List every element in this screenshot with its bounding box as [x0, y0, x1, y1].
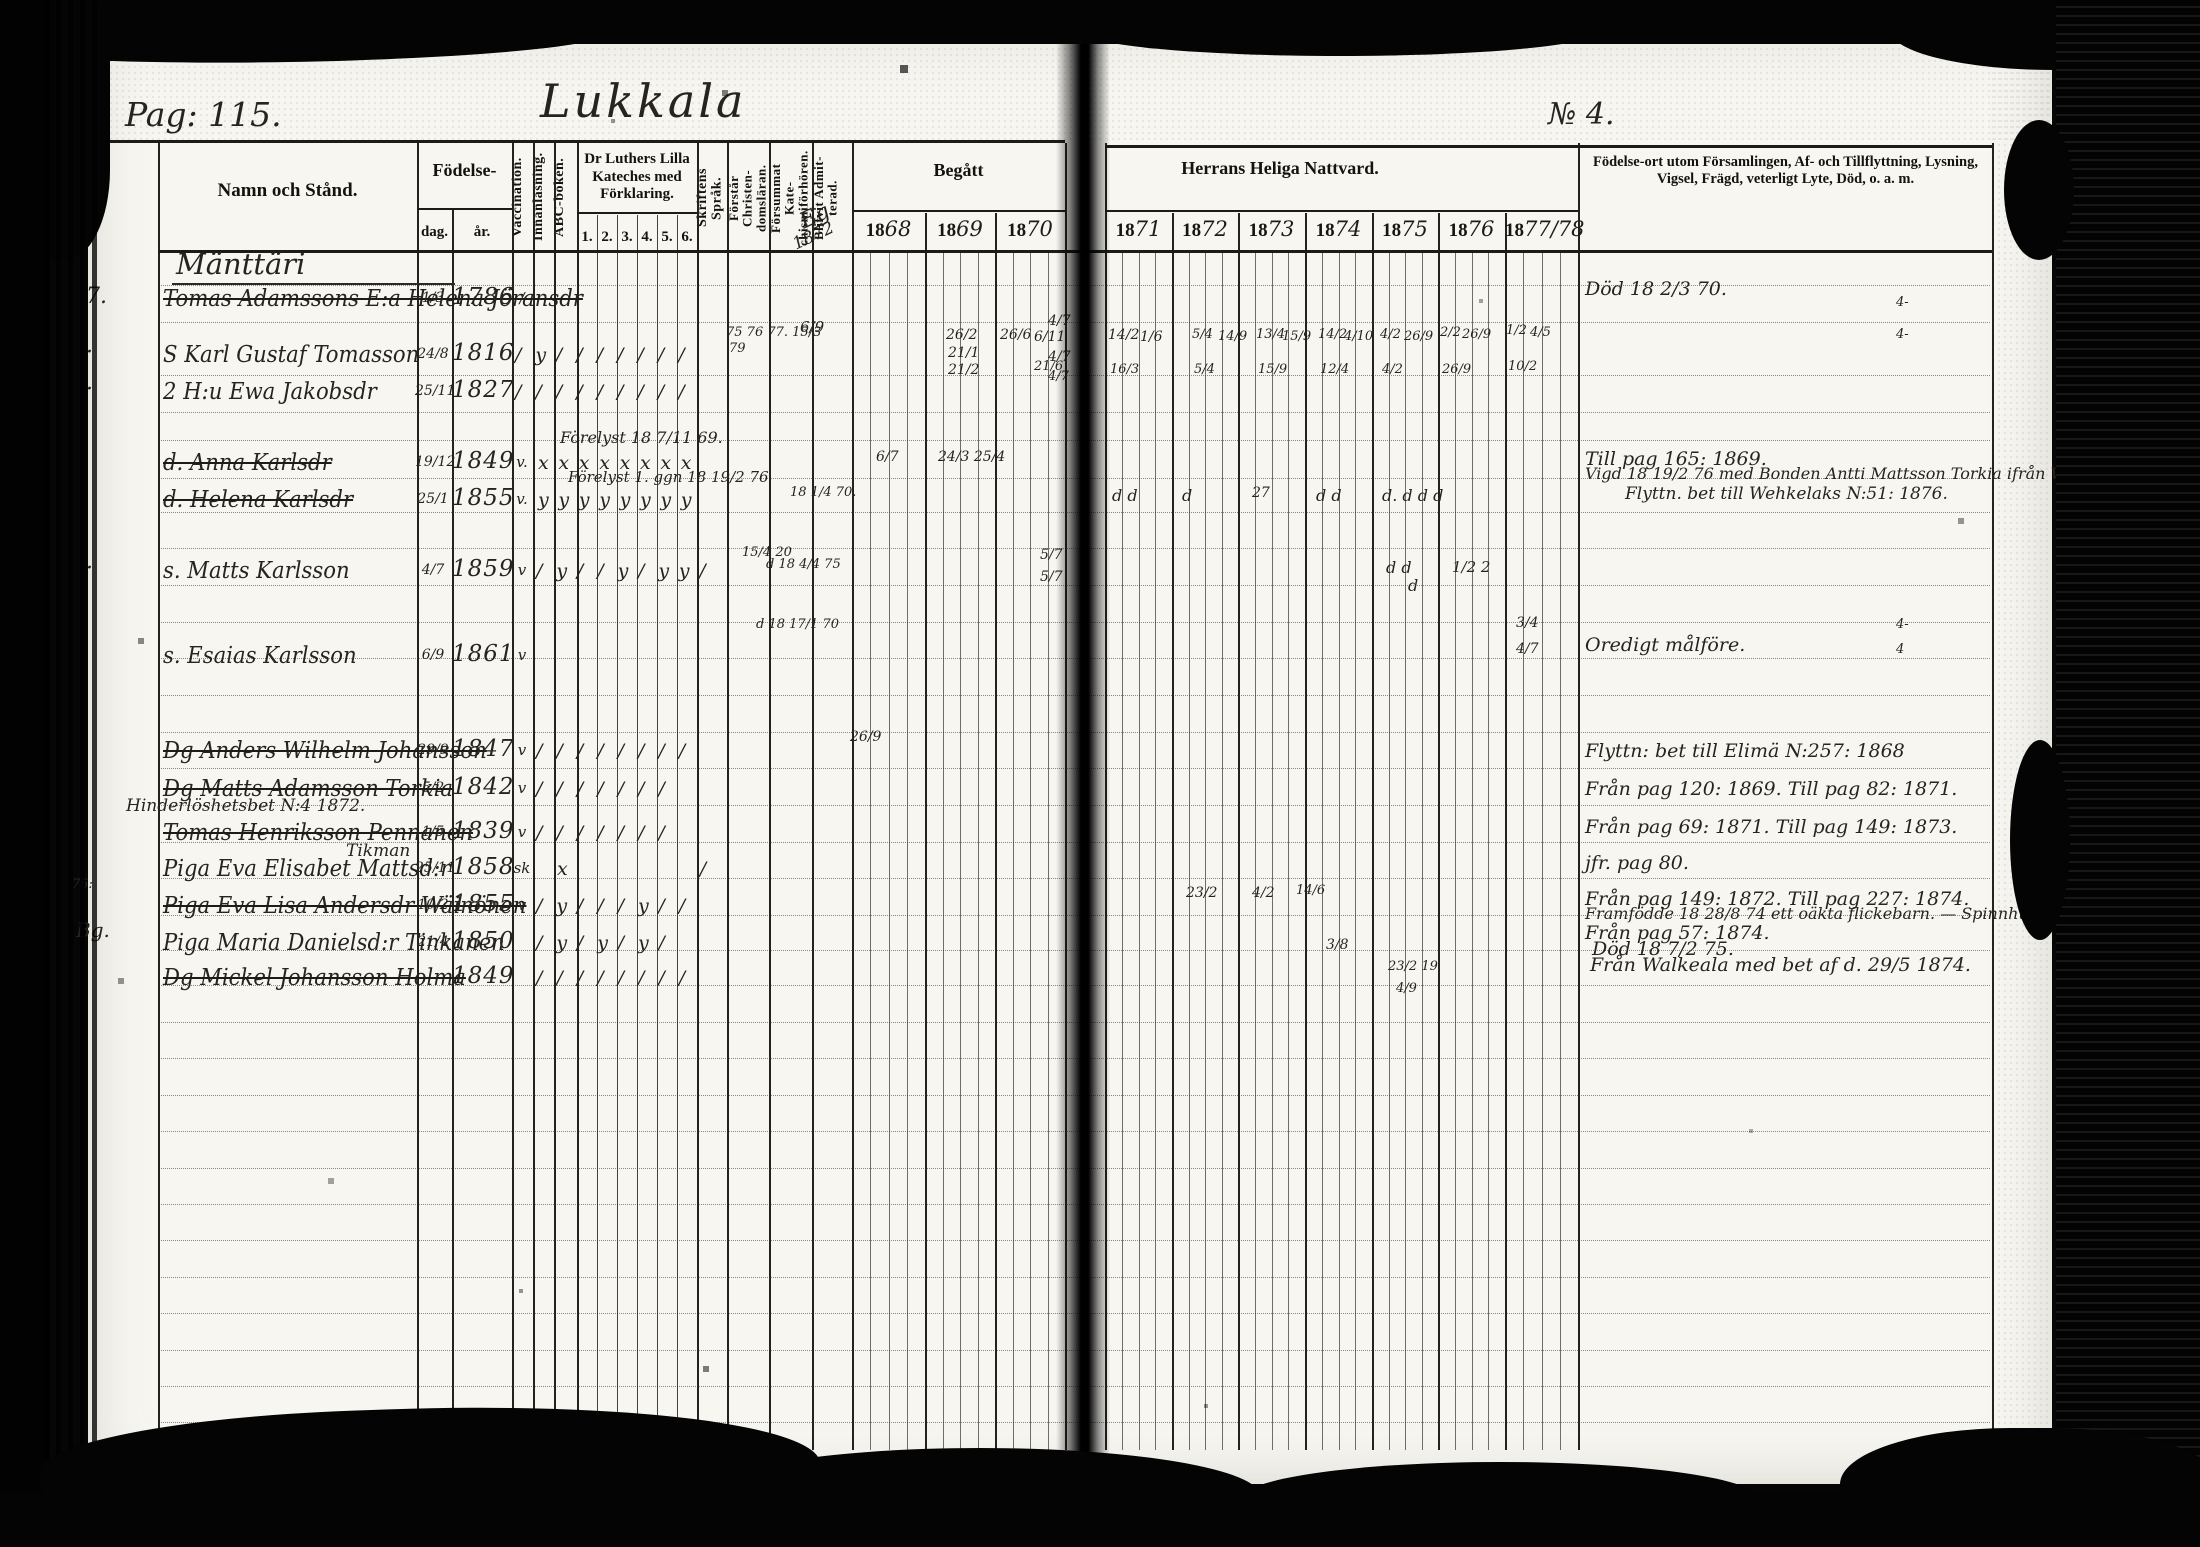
handwritten-mark: 4/5	[1530, 326, 1551, 339]
row-check-mark: y	[620, 491, 631, 510]
grid-vline	[1238, 213, 1240, 1450]
row-birth-year: 1861	[452, 643, 510, 666]
grid-hline	[577, 212, 697, 214]
year-label-print: 18	[1116, 220, 1135, 241]
year-label-print: 18	[937, 220, 956, 241]
row-birth-day: 5/2	[415, 781, 451, 795]
grid-subline	[1155, 252, 1156, 1450]
grid-hline	[1105, 210, 1578, 212]
handwritten-mark: d d	[1386, 560, 1412, 576]
handwritten-mark: Förelyst 1. ggn 18 19/2 76	[568, 470, 769, 485]
handwritten-mark: 4/2	[1252, 886, 1275, 900]
header-abc-book: ABC-boken.	[553, 147, 577, 247]
handwritten-mark: 4/7	[1516, 642, 1539, 656]
handwritten-mark: d 18 17/1 70	[756, 618, 839, 631]
grid-vline	[1992, 143, 1994, 1450]
grid-vline	[925, 213, 927, 1450]
page-number-handwritten: Pag: 115.	[125, 98, 282, 131]
row-check-mark: y	[658, 562, 669, 581]
row-check-mark: /	[577, 934, 583, 953]
handwritten-mark: 3/4	[1516, 616, 1539, 630]
row-check-mark: /	[597, 969, 603, 988]
year-label: 1871	[1105, 217, 1172, 242]
row-birth-year: 1839	[452, 820, 510, 843]
note-entry: Från pag 120: 1869. Till pag 82: 1871.	[1585, 780, 1957, 799]
scan-artifact	[2010, 740, 2070, 940]
row-birth-day: 25/1	[415, 492, 451, 506]
row-check-mark: y	[638, 897, 649, 916]
handwritten-mark: 4-	[1896, 296, 1909, 309]
year-label-print: 18	[1382, 220, 1401, 241]
catechism-part-label: 1.	[577, 229, 597, 246]
row-check-mark: /	[536, 780, 542, 799]
row-check-mark: /	[700, 860, 706, 879]
grid-hline	[852, 210, 1065, 212]
year-label: 1877/78	[1505, 217, 1578, 242]
year-label: 1870	[995, 217, 1065, 242]
row-check-mark: y	[660, 491, 671, 510]
handwritten-mark: 4	[1896, 643, 1904, 656]
row-check-mark: /	[658, 742, 664, 761]
handwritten-mark: d. d d d	[1382, 488, 1443, 504]
row-check-mark: /	[515, 383, 521, 402]
row-check-mark: /	[577, 562, 583, 581]
row-check-mark: /	[597, 562, 603, 581]
handwritten-mark: 4-	[1896, 328, 1909, 341]
row-birth-day: 21/4	[415, 935, 451, 949]
note-entry: Framfödde 18 28/8 74 ett oäkta flickebar…	[1585, 906, 2078, 922]
grid-subline	[1322, 252, 1323, 1450]
grid-subline	[1339, 252, 1340, 1450]
handwritten-mark: d	[1408, 578, 1418, 594]
scan-artifact-blotch	[1840, 1428, 2200, 1547]
grid-subline	[1205, 252, 1206, 1450]
row-vaccination-mark: v.	[511, 455, 533, 470]
row-check-mark: /	[556, 346, 562, 365]
catechism-part-label: 6.	[677, 229, 697, 246]
row-birth-year: 1850	[452, 930, 510, 953]
grid-subline	[907, 252, 908, 1450]
grid-vline	[1505, 213, 1507, 1450]
year-label-script: 73	[1268, 217, 1295, 241]
year-label: 1868	[852, 217, 925, 242]
grid-vline	[1172, 213, 1174, 1450]
grid-vline	[533, 143, 535, 1450]
row-vaccination-mark: v	[511, 825, 533, 840]
header-birth: Födelse-	[417, 160, 512, 181]
row-check-mark: /	[658, 969, 664, 988]
year-label: 1869	[925, 217, 995, 242]
grid-subline	[889, 252, 890, 1450]
row-check-mark: /	[597, 897, 603, 916]
row-check-mark: /	[556, 742, 562, 761]
row-name: d. Anna Karlsdr	[163, 452, 332, 475]
row-vaccination-mark: /	[511, 291, 533, 306]
grid-subline	[1422, 252, 1423, 1450]
year-label-script: 71	[1135, 217, 1162, 241]
handwritten-mark: 13/4	[1256, 328, 1285, 341]
row-birth-day: 6/9	[415, 648, 451, 662]
handwritten-mark: Hinderlöshetsbet N:4 1872.	[126, 798, 365, 815]
scan-artifact-blotch	[700, 1448, 1260, 1543]
handwritten-mark: 14/9	[1218, 330, 1247, 343]
grid-vline	[995, 213, 997, 1450]
row-birth-year: 1849	[452, 450, 510, 473]
row-check-mark: /	[638, 824, 644, 843]
row-check-mark: x	[538, 454, 549, 473]
row-birth-day: 19/12	[415, 455, 451, 469]
row-check-mark: y	[556, 897, 567, 916]
row-check-mark: y	[681, 491, 692, 510]
handwritten-mark: 26/9	[1462, 328, 1491, 341]
grid-vline	[1578, 143, 1580, 1450]
grid-subline	[1523, 252, 1524, 1450]
year-label-script: 76	[1468, 217, 1495, 241]
handwritten-mark: 1/6	[1140, 330, 1163, 344]
year-label-script: 75	[1401, 217, 1428, 241]
scan-artifact	[2004, 120, 2074, 260]
row-check-mark: /	[618, 742, 624, 761]
row-check-mark: /	[556, 780, 562, 799]
year-label-print: 18	[1449, 220, 1468, 241]
year-label-script: 77/78	[1524, 217, 1585, 241]
handwritten-mark: d	[1182, 488, 1192, 504]
row-check-mark: /	[617, 346, 623, 365]
handwritten-mark: 21/2	[948, 363, 979, 377]
row-check-mark: /	[535, 383, 541, 402]
row-check-mark: /	[556, 383, 562, 402]
row-check-mark: /	[597, 824, 603, 843]
row-birth-year: 1855	[452, 893, 510, 916]
row-check-mark: /	[679, 742, 685, 761]
row-check-mark: /	[638, 780, 644, 799]
row-birth-year: 1827	[452, 379, 510, 402]
handwritten-mark: 5/4	[1192, 328, 1213, 341]
row-check-mark: x	[557, 860, 568, 879]
header-birth-day: dag.	[417, 224, 452, 242]
row-vaccination-mark: v	[511, 648, 533, 663]
handwritten-mark: d d	[1112, 488, 1138, 504]
row-check-mark: /	[658, 346, 664, 365]
year-label-print: 18	[1316, 220, 1335, 241]
row-check-mark: /	[618, 780, 624, 799]
row-birth-year: 1858	[452, 856, 510, 879]
row-check-mark: /	[577, 780, 583, 799]
year-label-script: 74	[1335, 217, 1362, 241]
row-check-mark: y	[679, 562, 690, 581]
grid-subline	[1222, 252, 1223, 1450]
handwritten-mark: 26/9	[850, 730, 881, 744]
year-label: 1874	[1305, 217, 1372, 242]
row-birth-year: 1847	[452, 738, 510, 761]
year-label: 1875	[1372, 217, 1438, 242]
handwritten-mark: 4/2	[1380, 328, 1401, 341]
grid-subline	[1405, 252, 1406, 1450]
header-notes-column: Födelse-ort utom Församlingen, Af- och T…	[1588, 154, 1983, 188]
handwritten-mark: 1/2	[1506, 324, 1527, 337]
header-begatt: Begått	[852, 160, 1065, 181]
handwritten-mark: 4/10	[1344, 330, 1373, 343]
grid-subline	[943, 252, 944, 1450]
year-label-script: 72	[1201, 217, 1228, 241]
row-birth-day: 4/7	[415, 563, 451, 577]
grid-hline	[1105, 145, 1992, 148]
note-entry: jfr. pag 80.	[1585, 854, 1689, 873]
row-check-mark: /	[577, 742, 583, 761]
note-entry: Flyttn. bet till Wehkelaks N:51: 1876.	[1625, 486, 1948, 503]
grid-subline	[1488, 252, 1489, 1450]
row-name: d. Helena Karlsdr	[163, 489, 353, 512]
grid-vline	[1305, 213, 1307, 1450]
row-check-mark: y	[579, 491, 590, 510]
row-check-mark: /	[536, 969, 542, 988]
row-check-mark: y	[640, 491, 651, 510]
row-check-mark: /	[536, 934, 542, 953]
year-label: 1873	[1238, 217, 1305, 242]
row-check-mark: /	[617, 383, 623, 402]
year-label-print: 18	[1249, 220, 1268, 241]
row-check-mark: y	[535, 346, 546, 365]
year-label: 1872	[1172, 217, 1238, 242]
handwritten-mark: 14/2	[1318, 328, 1347, 341]
handwritten-mark: Tikman	[346, 843, 410, 860]
row-name: Piga Eva Elisabet Mattsd:r	[163, 858, 450, 881]
row-birth-day: 10/2	[415, 898, 451, 912]
row-check-mark: /	[638, 969, 644, 988]
grid-subline	[960, 252, 961, 1450]
row-birth-day: 29/9	[415, 743, 451, 757]
row-birth-year: 1849	[452, 965, 510, 988]
scan-edge-left-outer	[0, 0, 50, 1547]
row-check-mark: /	[637, 346, 643, 365]
row-check-mark: /	[556, 969, 562, 988]
grid-subline	[1472, 252, 1473, 1450]
scan-edge-right-texture	[2056, 0, 2200, 1547]
row-check-mark: /	[679, 897, 685, 916]
handwritten-mark: 26/9	[1442, 363, 1471, 376]
row-check-mark: /	[679, 969, 685, 988]
book-fold-shadow	[1056, 0, 1110, 1547]
row-birth-year: 1859	[452, 558, 510, 581]
handwritten-mark: 23/2 19	[1388, 960, 1438, 973]
handwritten-mark: 3/8	[1326, 938, 1349, 952]
row-vaccination-mark: v	[511, 781, 533, 796]
row-check-mark: /	[515, 346, 521, 365]
handwritten-mark: 15/9	[1282, 330, 1311, 343]
row-check-mark: /	[638, 562, 644, 581]
grid-hline	[417, 208, 512, 210]
row-name: Dg Mickel Johansson Holma	[163, 967, 466, 990]
header-catechism: Dr Luthers Lilla Kateches med Förklaring…	[577, 151, 697, 204]
scan-artifact	[1080, 6, 1600, 56]
row-vaccination-mark: v	[511, 898, 533, 913]
year-label-print: 18	[1182, 220, 1201, 241]
grid-subline	[1189, 252, 1190, 1450]
header-understands-christendom: Förstår Christen- domsläran.	[727, 147, 769, 249]
grid-subline	[870, 252, 871, 1450]
grid-vline	[1372, 213, 1374, 1450]
grid-subline	[1122, 252, 1123, 1450]
handwritten-mark: 6/7	[876, 450, 899, 464]
row-check-mark: /	[618, 934, 624, 953]
grid-vline	[1438, 213, 1440, 1450]
handwritten-mark: 12/4	[1320, 363, 1349, 376]
row-check-mark: /	[638, 742, 644, 761]
row-birth-year: 1842	[452, 776, 510, 799]
year-label-print: 18	[866, 220, 885, 241]
header-name-column: Namn och Stånd.	[158, 180, 417, 202]
grid-vline	[697, 143, 699, 1450]
row-check-mark: /	[536, 562, 542, 581]
row-check-mark: /	[576, 346, 582, 365]
catechism-part-label: 3.	[617, 229, 637, 246]
village-heading: Mänttäri	[172, 250, 455, 285]
row-check-mark: /	[637, 383, 643, 402]
handwritten-mark: 10/2	[1508, 360, 1537, 373]
note-entry: Oredigt målföre.	[1585, 636, 1745, 655]
row-check-mark: y	[618, 562, 629, 581]
row-check-mark: /	[597, 346, 603, 365]
note-entry: Flyttn: bet till Elimä N:257: 1868	[1585, 742, 1905, 761]
row-check-mark: y	[538, 491, 549, 510]
handwritten-mark: Förelyst 18 7/11 69.	[560, 430, 723, 446]
grid-subline	[1355, 252, 1356, 1450]
grid-subline	[1272, 252, 1273, 1450]
grid-subline	[1013, 252, 1014, 1450]
grid-subline	[1542, 252, 1543, 1450]
handwritten-mark: 15/9	[1258, 363, 1287, 376]
handwritten-mark: d d	[1316, 488, 1342, 504]
row-name: s. Matts Karlsson	[163, 560, 350, 583]
row-name: s. Esaias Karlsson	[163, 645, 357, 668]
row-check-mark: /	[678, 383, 684, 402]
handwritten-mark: 27	[1252, 486, 1270, 500]
handwritten-mark: 18 1/4 70.	[790, 486, 856, 499]
year-label: 1876	[1438, 217, 1505, 242]
row-vaccination-mark: v	[511, 743, 533, 758]
year-label-script: 68	[885, 217, 912, 241]
header-scripture: Skriftens Språk.	[696, 147, 727, 249]
scan-specks	[0, 0, 2, 2]
row-name: 2 H:u Ewa Jakobsdr	[163, 381, 377, 404]
row-name: S Karl Gustaf Tomasson	[163, 344, 419, 367]
row-vaccination-mark: v.	[511, 492, 533, 507]
scan-artifact-blotch	[1240, 1462, 1760, 1537]
row-check-mark: /	[618, 897, 624, 916]
row-check-mark: /	[618, 969, 624, 988]
grid-vline	[852, 143, 854, 1450]
header-holy-communion: Herrans Heliga Nattvard.	[1115, 158, 1445, 179]
handwritten-mark: 4-	[1896, 618, 1909, 631]
note-entry: Från pag 69: 1871. Till pag 149: 1873.	[1585, 818, 1957, 837]
grid-subline	[1255, 252, 1256, 1450]
header-vaccination: Vaccination.	[511, 147, 533, 247]
row-check-mark: /	[577, 824, 583, 843]
row-birth-day: 25/11	[415, 861, 451, 875]
row-check-mark: y	[597, 934, 608, 953]
row-check-mark: y	[558, 491, 569, 510]
row-birth-day: 1/5	[415, 825, 451, 839]
row-check-mark: /	[536, 742, 542, 761]
village-title-handwritten: Lukkala	[540, 78, 746, 124]
grid-subline	[1560, 252, 1561, 1450]
handwritten-mark: 4/2	[1382, 363, 1403, 376]
grid-subline	[1288, 252, 1289, 1450]
row-birth-day: 24/8	[415, 347, 451, 361]
grid-subline	[1030, 252, 1031, 1450]
row-check-mark: /	[577, 897, 583, 916]
row-check-mark: /	[597, 742, 603, 761]
header-reading: Innanläsning.	[532, 147, 554, 247]
handwritten-mark: d 18 4/4 75	[766, 558, 841, 571]
row-vaccination-mark: sk	[511, 861, 533, 876]
catechism-part-label: 2.	[597, 229, 617, 246]
row-birth-day: 1/3	[415, 291, 451, 305]
sheet-number-handwritten: № 4.	[1548, 100, 1615, 130]
handwritten-mark: 6/9	[800, 320, 824, 335]
row-check-mark: /	[658, 824, 664, 843]
row-check-mark: /	[536, 824, 542, 843]
row-check-mark: /	[618, 824, 624, 843]
year-label-print: 18	[1007, 220, 1026, 241]
header-birth-year: år.	[452, 224, 512, 242]
row-check-mark: /	[597, 780, 603, 799]
row-check-mark: y	[556, 934, 567, 953]
scanned-parish-register-page: Pag: 115. Lukkala № 4. Namn och Stånd. F…	[0, 0, 2200, 1547]
row-check-mark: /	[577, 969, 583, 988]
row-check-mark: /	[699, 562, 705, 581]
handwritten-mark: 4/9	[1396, 982, 1417, 995]
row-birth-year: 1816	[452, 342, 510, 365]
handwritten-mark: 26/6	[1000, 328, 1031, 342]
row-birth-year: 1855	[452, 487, 510, 510]
row-birth-year: 1786	[452, 286, 510, 309]
handwritten-mark: 14/2	[1108, 328, 1139, 342]
handwritten-mark: 14/6	[1296, 884, 1325, 897]
row-check-mark: /	[658, 934, 664, 953]
row-check-mark: /	[658, 383, 664, 402]
note-entry: Från Walkeala med bet af d. 29/5 1874.	[1590, 956, 1971, 975]
row-check-mark: /	[556, 824, 562, 843]
row-check-mark: /	[576, 383, 582, 402]
grid-subline	[1389, 252, 1390, 1450]
catechism-part-label: 4.	[637, 229, 657, 246]
grid-hline	[110, 140, 1065, 143]
row-check-mark: y	[556, 562, 567, 581]
handwritten-mark: 26/2	[946, 328, 977, 342]
handwritten-mark: 26/9	[1404, 330, 1433, 343]
catechism-part-label: 5.	[657, 229, 677, 246]
row-check-mark: y	[638, 934, 649, 953]
year-label-print: 18	[1505, 220, 1524, 241]
handwritten-mark: 21/1	[948, 346, 979, 360]
handwritten-mark: 79	[729, 342, 746, 355]
row-check-mark: /	[658, 897, 664, 916]
grid-subline	[1139, 252, 1140, 1450]
row-birth-day: 25/11	[415, 384, 451, 398]
handwritten-mark: 24/3 25/4	[938, 450, 1005, 464]
row-check-mark: /	[658, 780, 664, 799]
grid-subline	[1048, 252, 1049, 1450]
row-check-mark: /	[536, 897, 542, 916]
handwritten-mark: 23/2	[1186, 886, 1217, 900]
year-label-script: 70	[1026, 217, 1053, 241]
row-check-mark: y	[599, 491, 610, 510]
handwritten-mark: 16/3	[1110, 363, 1139, 376]
row-check-mark: /	[597, 383, 603, 402]
handwritten-mark: 2/2	[1440, 326, 1461, 339]
handwritten-mark: 1/2 2	[1452, 560, 1490, 575]
